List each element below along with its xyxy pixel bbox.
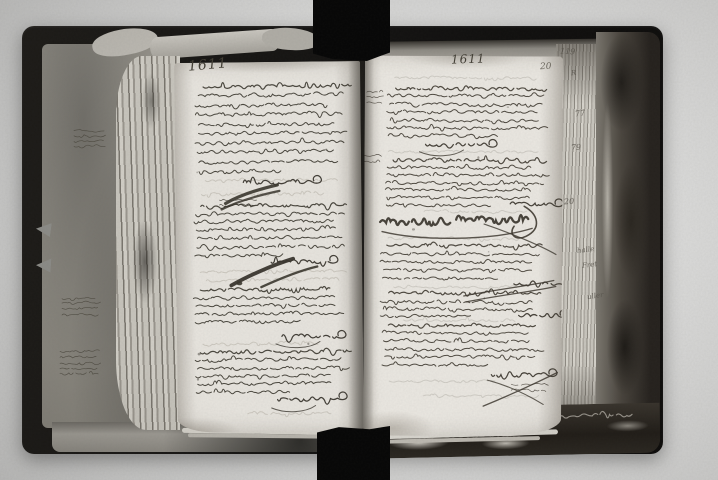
fore-edge-fragment: 79 <box>571 143 582 153</box>
fore-edge-damage <box>596 32 660 452</box>
left-page-stack-edges <box>116 56 180 430</box>
fore-edge-fragment: 119 <box>560 47 576 57</box>
left-page-handwriting <box>174 61 364 433</box>
right-page <box>363 55 563 436</box>
fore-edge-fragment: 20 <box>564 197 575 207</box>
right-page-handwriting <box>363 55 563 436</box>
folio-number: 20 <box>540 62 552 73</box>
left-page <box>174 61 364 433</box>
photo-stage: 1611 1611 20 119 R 77 79 20 halle Fret u… <box>0 0 718 480</box>
conservation-strap-top <box>313 0 390 61</box>
year-label-right: 1611 <box>451 51 486 66</box>
fore-edge-fragment: 77 <box>574 108 585 118</box>
left-margin-notes <box>58 118 116 410</box>
fore-edge-fragment: R <box>571 69 577 77</box>
gutter-shadow <box>348 58 374 436</box>
conservation-strap-bottom <box>317 426 390 480</box>
